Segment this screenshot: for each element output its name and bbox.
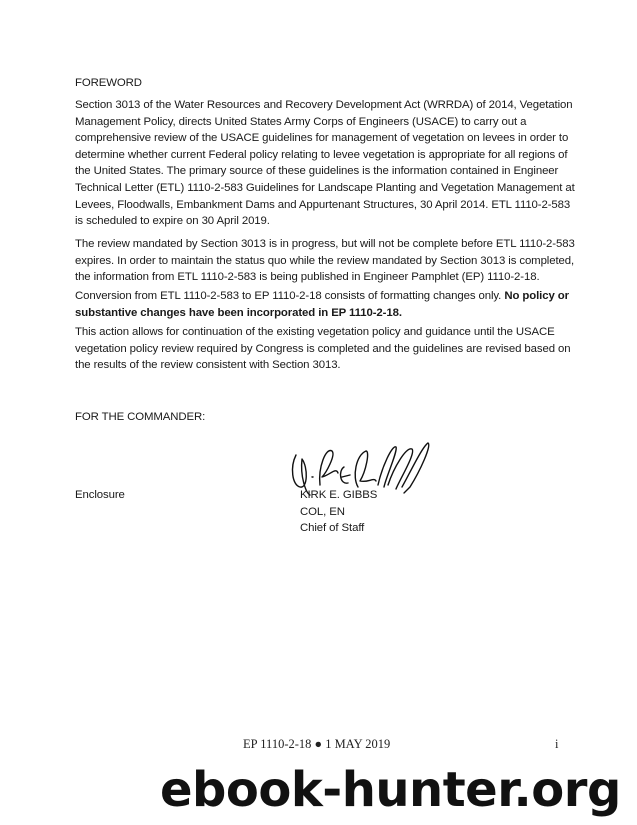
signatory-name: KIRK E. GIBBS	[300, 487, 377, 504]
paragraph-wrrda-section-3013: Section 3013 of the Water Resources and …	[75, 97, 575, 230]
paragraph-review-in-progress: The review mandated by Section 3013 is i…	[75, 236, 575, 286]
foreword-heading: FOREWORD	[75, 75, 142, 92]
signature-block: KIRK E. GIBBS COL, EN Chief of Staff	[300, 487, 377, 537]
paragraph-conversion: Conversion from ETL 1110-2-583 to EP 111…	[75, 288, 575, 321]
page-number: i	[555, 737, 558, 752]
watermark-text: ebook-hunter.org	[160, 760, 621, 820]
paragraph-continuation: This action allows for continuation of t…	[75, 324, 575, 374]
enclosure-label: Enclosure	[75, 487, 125, 504]
footer-doc-id: EP 1110-2-18 ● 1 MAY 2019	[243, 737, 390, 752]
document-page: FOREWORD Section 3013 of the Water Resou…	[0, 0, 637, 825]
signatory-title: Chief of Staff	[300, 520, 377, 537]
conversion-text: Conversion from ETL 1110-2-583 to EP 111…	[75, 290, 504, 302]
for-the-commander-label: FOR THE COMMANDER:	[75, 409, 205, 426]
signatory-rank: COL, EN	[300, 504, 377, 521]
